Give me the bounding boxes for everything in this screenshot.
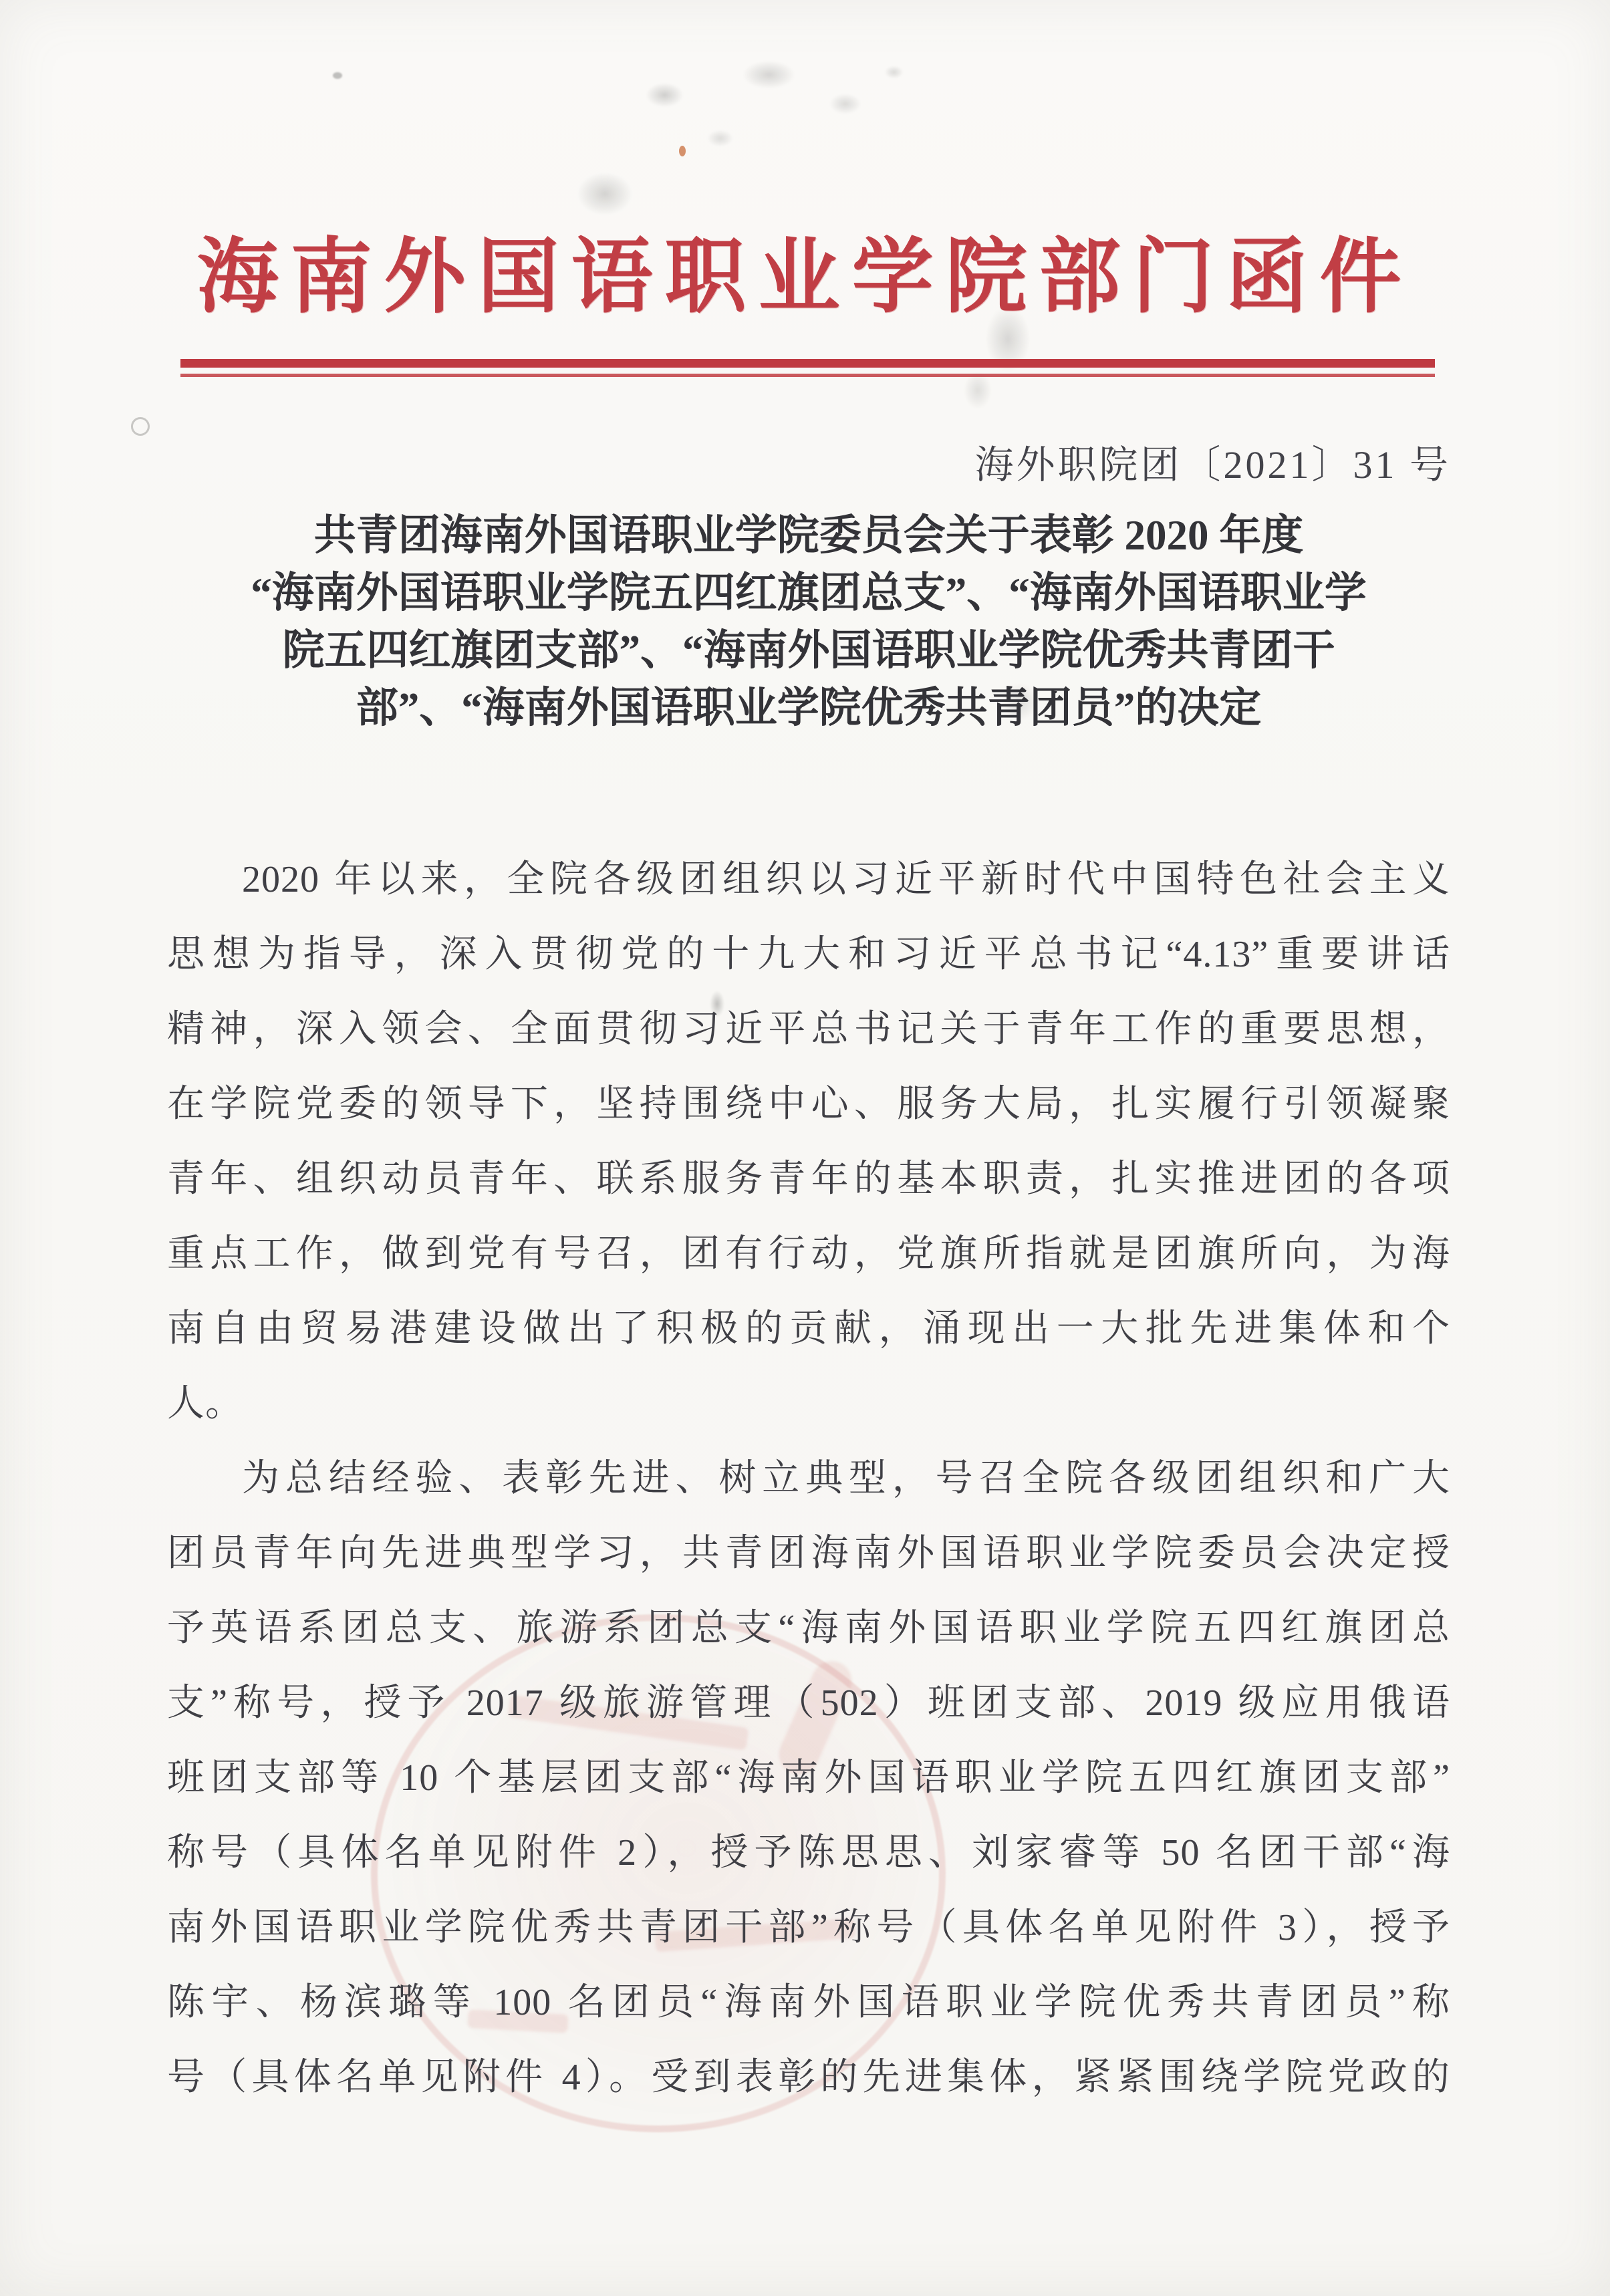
body-line: 为总结经验、表彰先进、树立典型，号召全院各级团组织和广大 [167, 1441, 1450, 1516]
subject-line: “海南外国语职业学院五四红旗团总支”、“海南外国语职业学 [167, 564, 1450, 622]
body-line: 在学院党委的领导下，坚持围绕中心、服务大局，扎实履行引领凝聚 [167, 1067, 1450, 1142]
body-line: 精神，深入领会、全面贯彻习近平总书记关于青年工作的重要思想， [167, 992, 1450, 1067]
body-line: 团员青年向先进典型学习，共青团海南外国语职业学院委员会决定授 [167, 1516, 1450, 1591]
body-line: 人。 [167, 1366, 1450, 1441]
scan-noise-smudge [575, 170, 635, 217]
body-line: 称号（具体名单见附件 2），授予陈思思、刘家睿等 50 名团干部“海 [167, 1815, 1450, 1890]
body-line: 青年、组织动员青年、联系服务青年的基本职责，扎实推进团的各项 [167, 1142, 1450, 1217]
letterhead-title: 海南外国语职业学院部门函件 [0, 211, 1610, 328]
subject-line: 共青团海南外国语职业学院委员会关于表彰 2020 年度 [167, 507, 1450, 564]
body-line: 班团支部等 10 个基层团支部“海南外国语职业学院五四红旗团支部” [167, 1741, 1450, 1815]
subject-line: 院五四红旗团支部”、“海南外国语职业学院优秀共青团干 [167, 622, 1450, 679]
body-line: 重点工作，做到党有号召，团有行动，党旗所指就是团旗所向，为海 [167, 1217, 1450, 1291]
body-line: 南自由贸易港建设做出了积极的贡献，涌现出一大批先进集体和个 [167, 1291, 1450, 1366]
scan-noise-top [588, 47, 936, 174]
body-line: 思想为指导，深入贯彻党的十九大和习近平总书记“4.13”重要讲话 [167, 917, 1450, 992]
subject-line: 部”、“海南外国语职业学院优秀共青团员”的决定 [167, 679, 1450, 737]
document-body: 2020 年以来，全院各级团组织以习近平新时代中国特色社会主义 思想为指导，深入… [167, 842, 1450, 2115]
document-number: 海外职院团〔2021〕31 号 [974, 433, 1451, 489]
body-line: 支”称号，授予 2017 级旅游管理（502）班团支部、2019 级应用俄语 [167, 1666, 1450, 1741]
body-line: 2020 年以来，全院各级团组织以习近平新时代中国特色社会主义 [167, 842, 1450, 917]
body-line: 予英语系团总支、旅游系团总支“海南外国语职业学院五四红旗团总 [167, 1591, 1450, 1666]
scan-noise-red-dot [679, 146, 686, 156]
body-line: 陈宇、杨滨璐等 100 名团员“海南外国语职业学院优秀共青团员”称 [167, 1965, 1450, 2040]
scanned-document-page: 海南外国语职业学院部门函件 海外职院团〔2021〕31 号 共青团海南外国语职业… [0, 0, 1610, 2296]
scan-noise-circle [131, 417, 150, 436]
letterhead-rule-thick [180, 359, 1435, 368]
letterhead-rule-thin [180, 374, 1435, 377]
scan-noise-mark [333, 72, 342, 79]
body-line: 号（具体名单见附件 4）。受到表彰的先进集体，紧紧围绕学院党政的 [167, 2040, 1450, 2115]
body-line: 南外国语职业学院优秀共青团干部”称号（具体名单见附件 3），授予 [167, 1890, 1450, 1965]
document-subject: 共青团海南外国语职业学院委员会关于表彰 2020 年度 “海南外国语职业学院五四… [167, 507, 1450, 737]
